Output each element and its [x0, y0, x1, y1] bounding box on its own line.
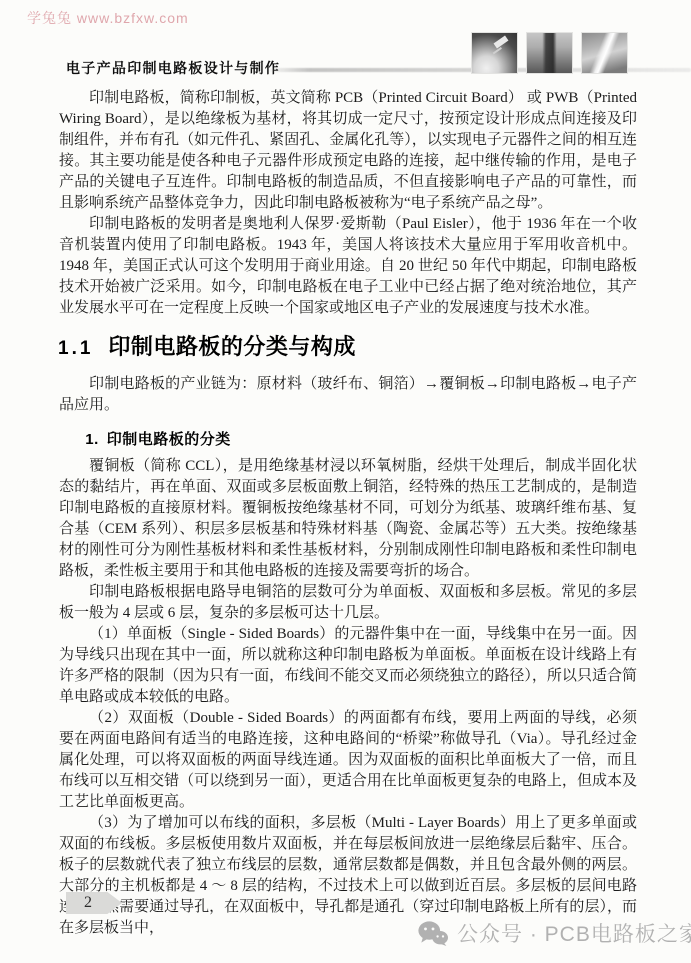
section-number: 1.1 — [58, 336, 93, 362]
watermark-bottom-label: 公众号 · PCB电路板之家 — [457, 918, 691, 948]
body-text-column: 印制电路板，简称印制板，英文简称 PCB（Printed Circuit Boa… — [59, 88, 637, 939]
subsection-heading: 1.印制电路板的分类 — [59, 429, 637, 450]
body-paragraph-ccl: 覆铜板（简称 CCL），是用绝缘基材浸以环氧树脂，经烘干处理后，制成半固化状态的… — [59, 456, 637, 582]
watermark-bottom: 公众号 · PCB电路板之家 — [418, 918, 691, 948]
satellite-globe-photo — [472, 33, 517, 73]
subsection-title: 印制电路板的分类 — [107, 431, 231, 448]
intro-paragraph-1: 印制电路板，简称印制板，英文简称 PCB（Printed Circuit Boa… — [59, 88, 637, 214]
header-photo-strip — [472, 33, 627, 73]
section-lead-paragraph: 印制电路板的产业链为：原材料（玻纤布、铜箔）→覆铜板→印制电路板→电子产品应用。 — [59, 374, 637, 416]
body-paragraph-double-sided: （2）双面板（Double - Sided Boards）的两面都有布线，要用上… — [59, 708, 637, 813]
section-title: 印制电路板的分类与构成 — [108, 334, 356, 360]
city-structure-photo — [527, 33, 572, 73]
high-speed-train-photo — [582, 33, 627, 73]
page-number: 2 — [84, 894, 92, 912]
section-heading: 1.1 印制电路板的分类与构成 — [58, 334, 637, 362]
running-header-title: 电子产品印制电路板设计与制作 — [66, 58, 280, 78]
scanned-book-page: 学兔兔 www.bzfxw.com 电子产品印制电路板设计与制作 印制电路板，简… — [0, 0, 691, 963]
body-paragraph-single-sided: （1）单面板（Single - Sided Boards）的元器件集中在一面，导… — [59, 624, 637, 708]
wechat-icon — [418, 921, 448, 946]
intro-paragraph-2: 印制电路板的发明者是奥地利人保罗·爱斯勒（Paul Eisler），他于 193… — [59, 214, 637, 319]
watermark-top: 学兔兔 www.bzfxw.com — [27, 8, 189, 28]
body-paragraph-layers: 印制电路板根据电路导电铜箔的层数可分为单面板、双面板和多层板。常见的多层板一般为… — [59, 582, 637, 624]
subsection-number: 1. — [85, 431, 99, 448]
